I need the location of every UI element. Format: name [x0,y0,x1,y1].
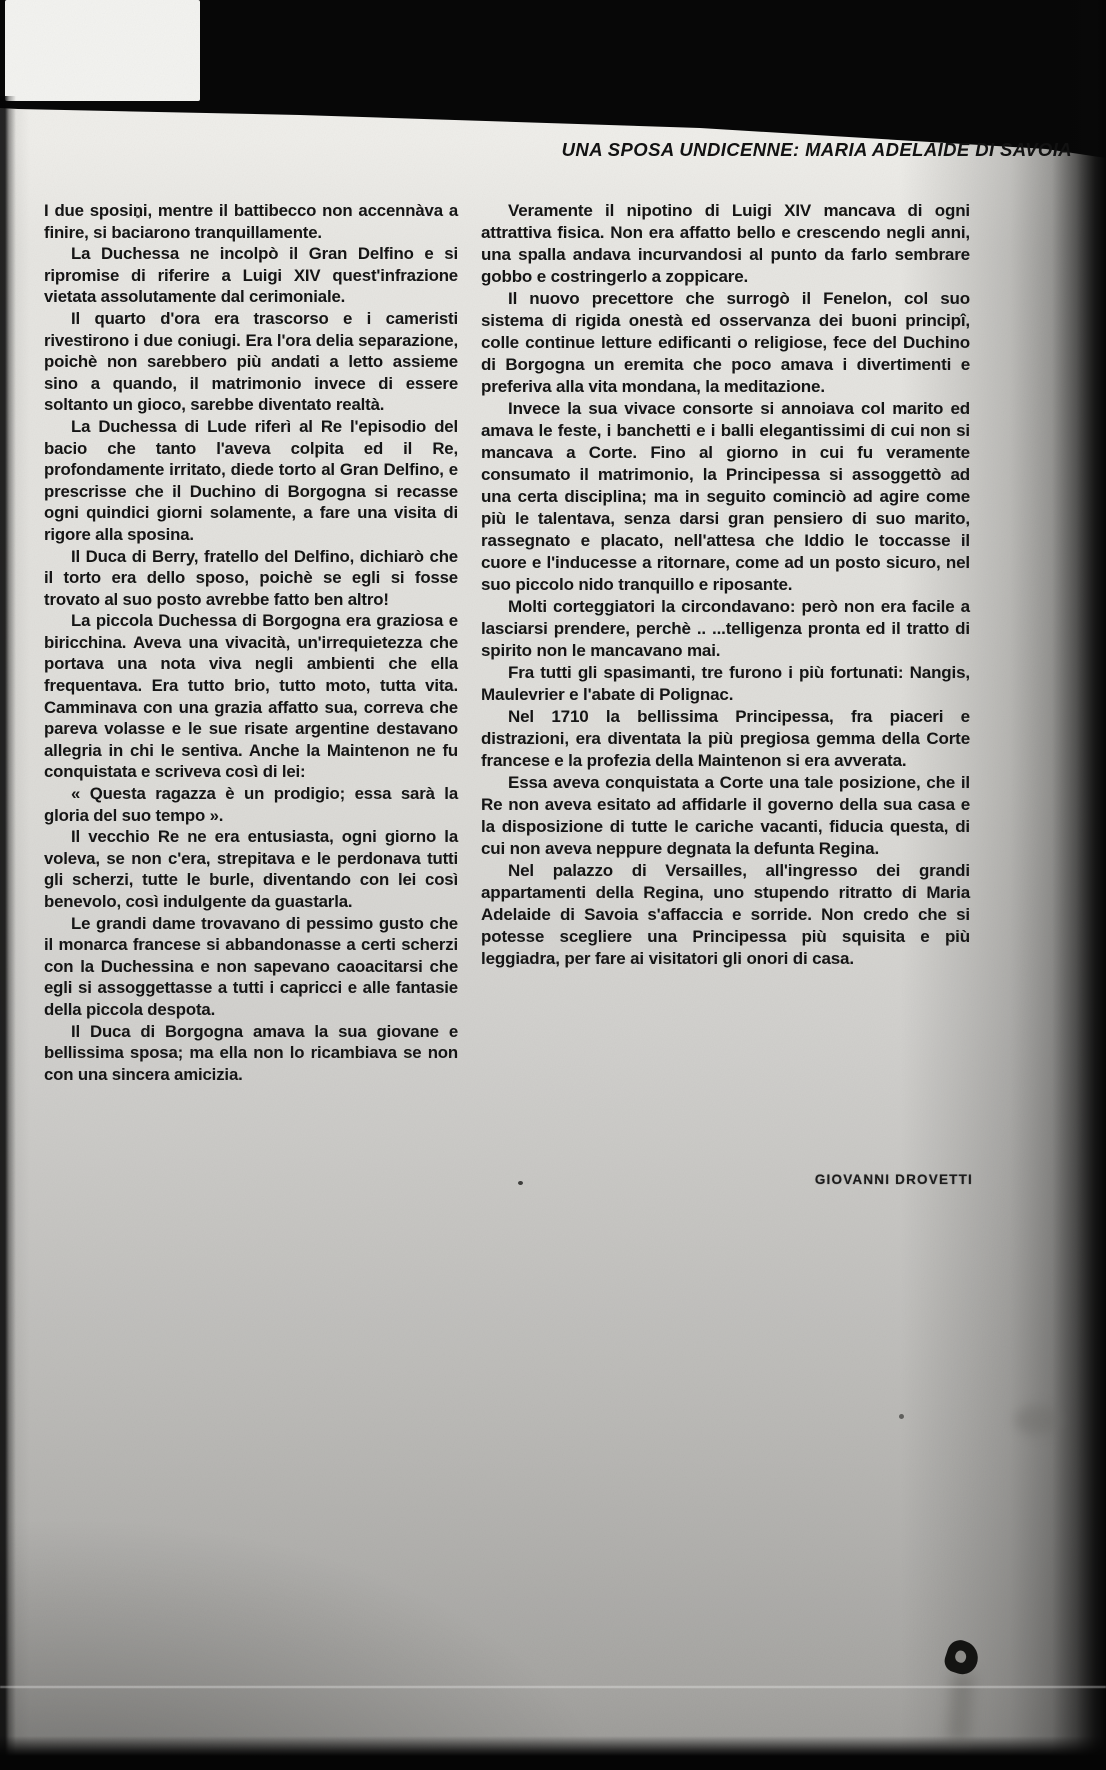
article-paragraph: Le grandi dame trovavano di pessimo gust… [44,913,458,1021]
article-paragraph: « Questa ragazza è un prodigio; essa sar… [44,783,458,826]
article-paragraph: Il vecchio Re ne era entusiasta, ogni gi… [44,826,458,912]
article-paragraph: La piccola Duchessa di Borgogna era graz… [44,610,458,783]
scan-bottom-border [0,1736,1106,1770]
article-paragraph: Nel palazzo di Versailles, all'ingresso … [481,860,970,970]
scratch-line-artifact [0,1686,1106,1688]
article-paragraph: I due sposini, mentre il battibecco non … [44,200,458,243]
article-paragraph: Veramente il nipotino di Luigi XIV manca… [481,200,970,288]
article-paragraph: Essa aveva conquistata a Corte una tale … [481,772,970,860]
corner-white-block [5,0,200,101]
article-paragraph: La Duchessa ne incolpò il Gran Delfino e… [44,243,458,308]
speck-artifact [899,1414,904,1419]
dot-artifact [518,1181,523,1185]
speck-artifact [136,215,140,218]
author-byline: GIOVANNI DROVETTI [815,1172,973,1187]
article-paragraph: Il nuovo precettore che surrogò il Fenel… [481,288,970,398]
article-column-left: I due sposini, mentre il battibecco non … [44,200,458,1085]
smudge-artifact [1015,1405,1061,1435]
page-header-title: UNA SPOSA UNDICENNE: MARIA ADELAIDE DI S… [562,139,1072,161]
article-paragraph: Nel 1710 la bellissima Principessa, fra … [481,706,970,772]
article-paragraph: La Duchessa di Lude riferì al Re l'episo… [44,416,458,546]
article-paragraph: Il quarto d'ora era trascorso e i cameri… [44,308,458,416]
ink-blot-artifact [942,1637,983,1678]
article-paragraph: Il Duca di Borgogna amava la sua giovane… [44,1021,458,1086]
scan-left-border [0,96,16,1770]
article-column-right: Veramente il nipotino di Luigi XIV manca… [481,200,970,970]
ink-smear-artifact [948,1671,975,1742]
scanned-page: UNA SPOSA UNDICENNE: MARIA ADELAIDE DI S… [0,0,1106,1770]
article-paragraph: Molti corteggiatori la circondavano: per… [481,596,970,662]
article-paragraph: Il Duca di Berry, fratello del Delfino, … [44,546,458,611]
article-paragraph: Fra tutti gli spasimanti, tre furono i p… [481,662,970,706]
article-paragraph: Invece la sua vivace consorte si annoiav… [481,398,970,596]
scan-right-border [1052,0,1106,1770]
